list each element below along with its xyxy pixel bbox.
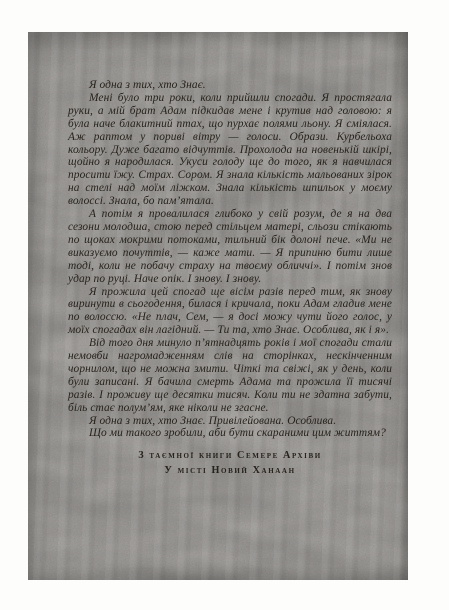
body-paragraph: Мені було три роки, коли прийшли спогади… (68, 92, 392, 208)
page-text: Я одна з тих, хто Знає. Мені було три ро… (68, 79, 392, 478)
epigraph: З таємної книги Семере Архіви У місті Но… (68, 449, 392, 478)
body-paragraph: Я прожила цей спогад ще вісім разів пере… (68, 286, 392, 338)
epigraph-city-line: У місті Новий Ханаан (68, 464, 392, 479)
body-paragraph: Я одна з тих, хто Знає. (68, 79, 392, 92)
book-page: Я одна з тих, хто Знає. Мені було три ро… (28, 32, 408, 580)
body-paragraph: Що ми такого зробили, аби бути скараними… (68, 427, 392, 440)
scan-background: Я одна з тих, хто Знає. Мені було три ро… (0, 0, 449, 610)
epigraph-source-line: З таємної книги Семере Архіви (68, 449, 392, 464)
body-paragraph: А потім я провалилася глибоко у свій роз… (68, 208, 392, 285)
body-paragraph: Від того дня минуло п’ятнадцять років і … (68, 337, 392, 414)
body-paragraph: Я одна з тих, хто Знає. Привілейована. О… (68, 415, 392, 428)
